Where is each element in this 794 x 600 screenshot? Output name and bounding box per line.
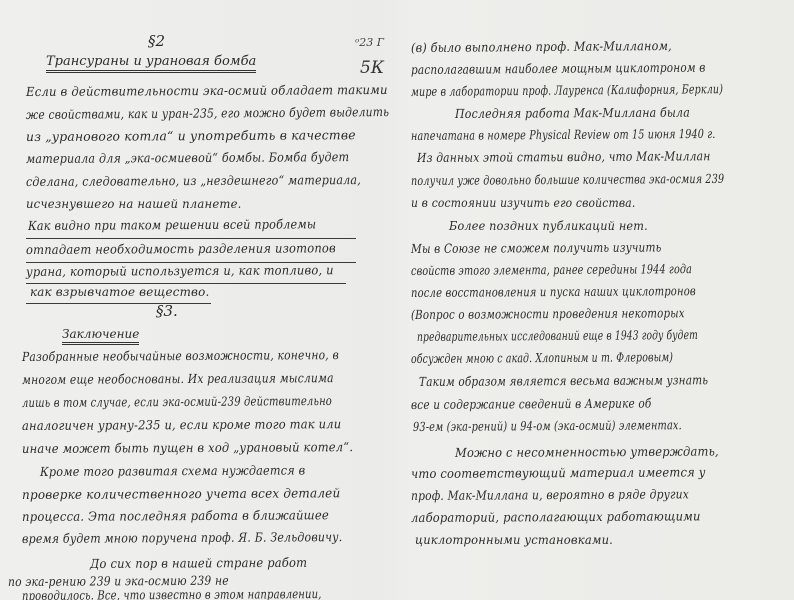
text-line: 93-ем (эка-рений) и 94-ом (эка-осмий) эл… [413, 417, 682, 434]
text-line: как взрывчатое вещество. [30, 284, 209, 299]
text-line: иначе может быть пущен в ход „урановый к… [22, 439, 353, 456]
text-line: исчезнувшего на нашей планете. [26, 196, 242, 211]
section-number-3: §3. [156, 302, 178, 320]
text-line: же свойствами, как и уран-235, его можно… [26, 104, 389, 122]
text-line: аналогичен урану-235 и, если кроме того … [22, 416, 341, 433]
text-line: До сих пор в нашей стране работ [90, 555, 307, 571]
margin-note-number: 5К [360, 58, 384, 78]
section-number-2: §2 [148, 32, 165, 50]
text-line: обсужден мною с акад. Хлопиным и т. Флер… [411, 349, 673, 366]
text-line: получил уже довольно большие количества … [411, 171, 724, 188]
text-line: отпадает необходимость разделения изотоп… [26, 240, 336, 257]
text-line: материала для „эка-осмиевой“ бомбы. Бомб… [26, 149, 349, 166]
text-line: проф. Мак-Миллана и, вероятно в ряде дру… [411, 486, 689, 503]
text-line: Последняя работа Мак-Миллана была [455, 105, 690, 121]
text-line: располагавшим наиболее мощным циклотроно… [411, 60, 706, 77]
text-line: после восстановления и пуска наших цикло… [411, 283, 696, 300]
manuscript-page-spread: §2 Трансураны и урановая бомба ᵒ23 Г 5К … [0, 0, 794, 600]
text-line: проводилось. Все, что известно в этом на… [22, 586, 322, 600]
right-page: (в) было выполнено проф. Мак-Милланом, р… [395, 0, 794, 600]
text-line: мире в лаборатории проф. Лауренса (Калиф… [411, 81, 723, 99]
text-line: проверке количественного учета всех дета… [22, 485, 340, 502]
text-line: все и содержание сведений в Америке об [411, 396, 652, 412]
underline-rule [26, 238, 356, 239]
section-title-conclusion: Заключение [62, 327, 139, 345]
margin-note-top: ᵒ23 Г [355, 36, 384, 49]
text-line: Как видно при таком решении всей проблем… [28, 216, 316, 233]
section-title-transuranics: Трансураны и урановая бомба [46, 54, 256, 73]
text-line: сделана, следовательно, из „нездешнего“ … [26, 172, 361, 189]
underline-rule [26, 303, 211, 304]
text-line: Мы в Союзе не сможем получить изучить [411, 239, 662, 256]
text-line: циклотронными установками. [415, 532, 613, 547]
text-line: лабораторий, располагающих работающими [411, 508, 701, 525]
text-line: свойств этого элемента, ранее середины 1… [411, 261, 692, 278]
text-line: лишь в том случае, если эка-осмий-239 де… [22, 393, 332, 410]
text-line: процесса. Эта последняя работа в ближайш… [22, 507, 329, 524]
text-line: (Вопрос о возможности проведения некотор… [411, 305, 685, 322]
text-line: Таким образом является весьма важным узн… [419, 372, 708, 389]
text-line: Кроме того развитая схема нуждается в [40, 462, 305, 479]
text-line: Можно с несомненностью утверждать, [455, 443, 719, 460]
text-line: что соответствующий материал имеется у [411, 464, 706, 481]
text-line: Из данных этой статьи видно, что Мак-Мил… [417, 148, 711, 165]
text-line: (в) было выполнено проф. Мак-Милланом, [411, 38, 672, 55]
text-line: урана, который используется и, как топли… [26, 262, 334, 279]
text-line: и в состоянии изучить его свойства. [411, 195, 635, 210]
text-line: время будет мною поручена проф. Я. Б. Зе… [22, 529, 342, 546]
left-page: §2 Трансураны и урановая бомба ᵒ23 Г 5К … [0, 0, 395, 600]
text-line: Более поздних публикаций нет. [449, 218, 648, 233]
text-line: из „уранового котла“ и употребить в каче… [26, 127, 356, 144]
text-line: Разобранные необычайные возможности, кон… [22, 347, 339, 364]
text-line: Если в действительности эка-осмий облада… [26, 82, 388, 99]
text-line: многом еще необоснованы. Их реализация м… [22, 370, 334, 387]
text-line: напечатана в номере Physical Review от 1… [411, 126, 716, 143]
text-line: предварительных исследований еще в 1943 … [417, 327, 698, 344]
